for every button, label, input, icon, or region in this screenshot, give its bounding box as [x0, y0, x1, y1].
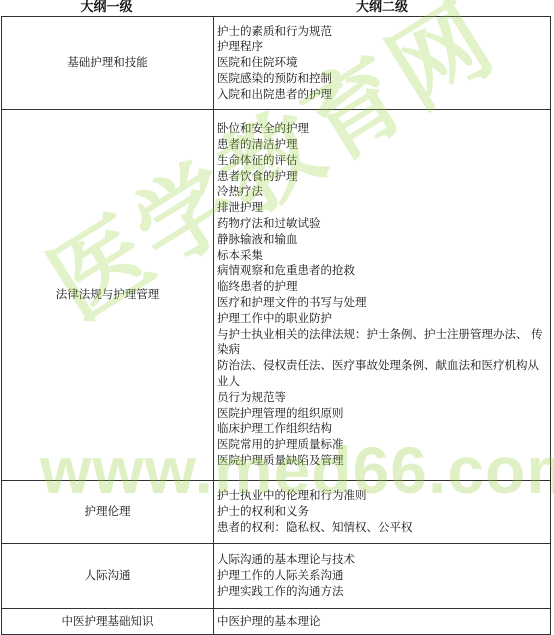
sub-item: 护理程序 — [217, 39, 548, 55]
sub-item: 卧位和安全的护理 — [217, 121, 548, 137]
sub-item: 医院常用的护理质量标准 — [217, 437, 548, 453]
sub-item: 生命体征的评估 — [217, 153, 548, 169]
sub-item: 冷热疗法 — [217, 184, 548, 200]
sub-item: 医院感染的预防和控制 — [217, 71, 548, 87]
sub-item: 医疗和护理文件的书写与处理 — [217, 295, 548, 311]
level1-cell: 法律法规与护理管理 — [2, 110, 214, 481]
sub-item: 护士的权利和义务 — [217, 504, 548, 520]
sub-item: 与护士执业相关的法律法规：护士条例、护士注册管理办法、 传染病 — [217, 327, 548, 359]
sub-item: 入院和出院患者的护理 — [217, 87, 548, 103]
sub-item: 医院护理管理的组织原则 — [217, 406, 548, 422]
header-level2: 大纲二级 — [213, 0, 551, 16]
sub-item: 静脉输液和输血 — [217, 232, 548, 248]
sub-item: 临终患者的护理 — [217, 279, 548, 295]
syllabus-table: 基础护理和技能 护士的素质和行为规范 护理程序 医院和住院环境 医院感染的预防和… — [1, 16, 551, 635]
table-header-row: 大纲一级 大纲二级 — [0, 0, 554, 16]
sub-item: 员行为规范等 — [217, 390, 548, 406]
sub-item: 护理实践工作的沟通方法 — [217, 584, 548, 600]
level1-cell: 护理伦理 — [2, 481, 214, 544]
sub-item: 护士的素质和行为规范 — [217, 24, 548, 40]
level1-cell: 人际沟通 — [2, 544, 214, 609]
sub-item: 临床护理工作组织结构 — [217, 421, 548, 437]
sub-item: 患者的清洁护理 — [217, 137, 548, 153]
sub-item: 医院和住院环境 — [217, 55, 548, 71]
sub-item: 病情观察和危重患者的抢救 — [217, 263, 548, 279]
table-row: 护理伦理 护士执业中的伦理和行为准则 护士的权利和义务 患者的权利：隐私权、知情… — [2, 481, 551, 544]
sub-item: 护理工作中的职业防护 — [217, 311, 548, 327]
level1-cell: 基础护理和技能 — [2, 17, 214, 110]
sub-item: 患者的权利：隐私权、知情权、公平权 — [217, 520, 548, 536]
sub-item: 患者饮食的护理 — [217, 169, 548, 185]
table-row: 法律法规与护理管理 卧位和安全的护理 患者的清洁护理 生命体征的评估 患者饮食的… — [2, 110, 551, 481]
level2-cell: 卧位和安全的护理 患者的清洁护理 生命体征的评估 患者饮食的护理 冷热疗法 排泄… — [214, 110, 551, 481]
table-row: 中医护理基础知识 中医护理的基本理论 — [2, 609, 551, 635]
sub-item: 防治法、侵权责任法、医疗事故处理条例、献血法和医疗机构从业人 — [217, 358, 548, 390]
sub-item: 医院护理质量缺陷及管理 — [217, 453, 548, 469]
table-row: 人际沟通 人际沟通的基本理论与技术 护理工作的人际关系沟通 护理实践工作的沟通方… — [2, 544, 551, 609]
sub-item: 护理工作的人际关系沟通 — [217, 568, 548, 584]
level2-cell: 中医护理的基本理论 — [214, 609, 551, 635]
sub-item: 排泄护理 — [217, 200, 548, 216]
sub-item: 标本采集 — [217, 248, 548, 264]
sub-item: 护士执业中的伦理和行为准则 — [217, 488, 548, 504]
sub-item: 人际沟通的基本理论与技术 — [217, 552, 548, 568]
level2-cell: 人际沟通的基本理论与技术 护理工作的人际关系沟通 护理实践工作的沟通方法 — [214, 544, 551, 609]
level1-cell: 中医护理基础知识 — [2, 609, 214, 635]
sub-item: 中医护理的基本理论 — [217, 614, 548, 630]
sub-item: 药物疗法和过敏试验 — [217, 216, 548, 232]
level2-cell: 护士执业中的伦理和行为准则 护士的权利和义务 患者的权利：隐私权、知情权、公平权 — [214, 481, 551, 544]
level2-cell: 护士的素质和行为规范 护理程序 医院和住院环境 医院感染的预防和控制 入院和出院… — [214, 17, 551, 110]
header-level1: 大纲一级 — [0, 0, 213, 16]
table-row: 基础护理和技能 护士的素质和行为规范 护理程序 医院和住院环境 医院感染的预防和… — [2, 17, 551, 110]
